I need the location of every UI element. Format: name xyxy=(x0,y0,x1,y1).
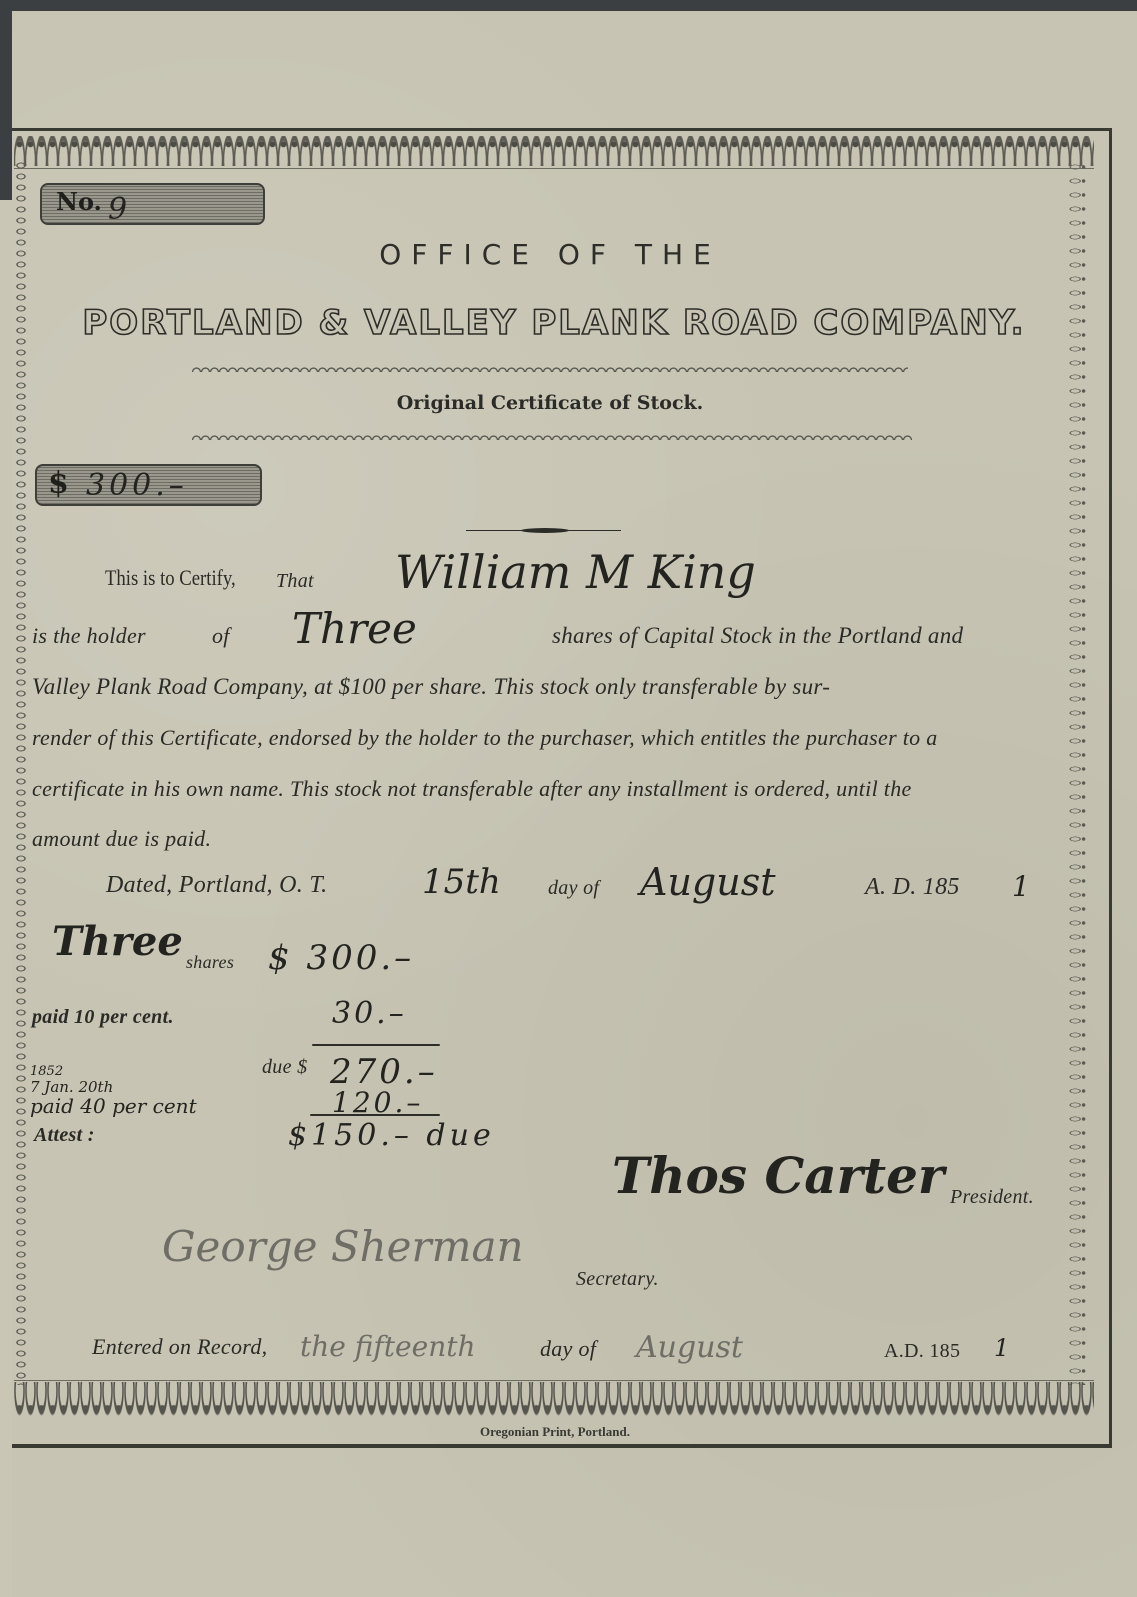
balance-due: $150.– due xyxy=(288,1118,495,1153)
number-label: No. xyxy=(56,187,102,216)
dollar-symbol: $ xyxy=(48,466,69,501)
entered-month: August xyxy=(636,1330,743,1365)
ornamental-border-bottom xyxy=(14,1382,1094,1416)
certify-text: This is to Certify, xyxy=(105,565,236,591)
certificate-number: 9 xyxy=(108,192,127,227)
certificate-subtitle: Original Certificate of Stock. xyxy=(0,392,1100,414)
paid-underline xyxy=(312,1044,440,1046)
wavy-rule-upper xyxy=(192,364,908,374)
holder-name: William M King xyxy=(395,545,756,599)
ledger-total: $ 300.– xyxy=(268,938,414,978)
company-name: PORTLAND & VALLEY PLANK ROAD COMPANY. xyxy=(34,303,1074,343)
amount-value: 300.– xyxy=(86,468,188,503)
paid-amount: 30.– xyxy=(332,996,407,1031)
body-line-3: Valley Plank Road Company, at $100 per s… xyxy=(32,674,830,700)
body-line-5: certificate in his own name. This stock … xyxy=(32,776,912,802)
paid-label: paid 10 per cent. xyxy=(32,1006,174,1029)
that-text: That xyxy=(276,570,314,593)
office-heading: OFFICE OF THE xyxy=(0,238,1100,271)
scan-edge-left xyxy=(0,0,12,200)
dated-day: 15th xyxy=(422,862,501,902)
note-year: 1852 xyxy=(30,1064,63,1079)
ad-year-suffix: 1 xyxy=(1012,870,1030,903)
dated-month: August xyxy=(640,860,776,904)
body-line-6: amount due is paid. xyxy=(32,826,211,852)
entered-on-record-label: Entered on Record, xyxy=(92,1334,267,1360)
ornamental-border-top xyxy=(14,136,1094,166)
record-ad-year-suffix: 1 xyxy=(994,1334,1009,1362)
record-day-of-label: day of xyxy=(540,1336,596,1362)
payment-underline xyxy=(310,1114,440,1116)
day-of-label: day of xyxy=(548,877,599,900)
shares-written: Three xyxy=(292,604,417,653)
decorative-flourish xyxy=(466,529,621,533)
secretary-label: Secretary. xyxy=(576,1268,659,1291)
ornamental-border-right xyxy=(1064,160,1092,1385)
attest-label: Attest : xyxy=(34,1124,95,1147)
printer-imprint: Oregonian Print, Portland. xyxy=(0,1424,1110,1440)
of-text: of xyxy=(212,623,230,649)
president-signature: Thos Carter xyxy=(612,1146,944,1205)
border-rule-top xyxy=(14,168,1094,169)
body-line-2: shares of Capital Stock in the Portland … xyxy=(552,623,963,649)
border-rule-bottom xyxy=(14,1380,1094,1381)
wavy-rule-lower xyxy=(192,432,912,442)
body-line-4: render of this Certificate, endorsed by … xyxy=(32,725,938,751)
secretary-signature: George Sherman xyxy=(162,1222,524,1271)
ornamental-border-left xyxy=(12,160,30,1385)
dated-label: Dated, Portland, O. T. xyxy=(106,872,328,899)
ledger-shares-label: shares xyxy=(186,952,234,973)
president-label: President. xyxy=(950,1186,1034,1209)
entered-day: the fifteenth xyxy=(300,1330,476,1363)
note-paid-percent: paid 40 per cent xyxy=(30,1094,197,1118)
scan-edge-top xyxy=(0,0,1137,11)
ledger-shares-written: Three xyxy=(52,918,183,965)
due-label: due $ xyxy=(262,1056,307,1079)
holder-prefix: is the holder xyxy=(32,623,146,649)
ad-label: A. D. 185 xyxy=(865,874,960,901)
record-ad-label: A.D. 185 xyxy=(884,1340,960,1363)
